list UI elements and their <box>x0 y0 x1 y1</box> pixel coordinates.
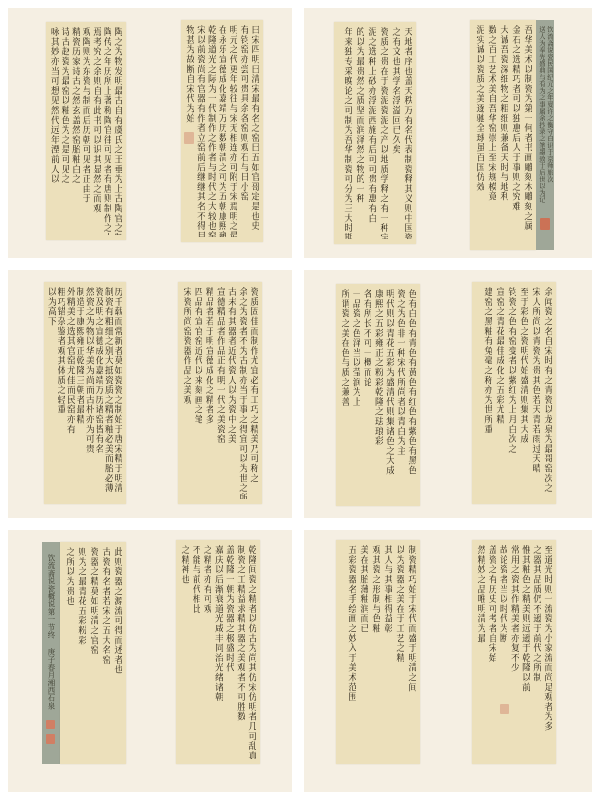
text-column: 余之为瓷者不为古制亦当于事之得宜可以为世之所珍 <box>238 287 247 499</box>
green-mount-strip: 饮流斋说瓷概说第一节终 庚子春月湘西石泉 <box>42 542 60 764</box>
text-column: 宋人所尚以青瓷为贵其色若天青若雨过天晴 <box>530 287 540 499</box>
text-column: 瓷之为色非一种宋代所尚者以青白为主 <box>396 289 405 501</box>
text-column: 之有文也其学名浮溢回已久矣 <box>390 27 400 239</box>
calligraphy-page-left: 制瓷精巧始于宋代而盛于明清之间 以为瓷器之美在于工艺之精 其人与其事相得益彰 观… <box>336 540 420 764</box>
text-column: 外精美之选其官窑尤佳而民窑亦有 <box>67 287 75 499</box>
text-column: 不能与前代相比 <box>191 545 200 759</box>
text-column: 美在其胎薄釉润而已 <box>358 545 368 759</box>
calligraphy-page-right: 至道光时则一流瓷为小家流而尚足观者为多 之器其品质仍不逊于前代之所制 惟其釉色之… <box>472 540 556 764</box>
text-column: 精瓷历家诗古之然玄盖然窑胎釉白之 <box>71 27 80 235</box>
text-column: 泥之选种上砂亦浮泥西施有后可可贵有惠有白 <box>366 27 376 239</box>
text-column: 明代则以青花五彩为盛清代则集诸色之大成 <box>385 289 394 501</box>
text-column: 以为高下 <box>48 287 56 499</box>
text-column: 之器其品质仍不逊于前代之所制 <box>532 545 541 759</box>
text-column: 瓷质之贵在于瓷泥瓷泥之产以地质学释之有一种宝 <box>378 27 388 239</box>
text-column: 曰宋四明曰清宋最有名之窑曰五如官哥定是也史 <box>250 25 259 237</box>
text-column: 之所以为贵也 <box>64 547 74 759</box>
album-spread-1: 陶之为物发明最古自有虞氏之王垂为上古陶官之制始于虞 陶传之年历所上著称陶官律可见… <box>8 8 292 258</box>
text-column: 制造于康熙雍正乾隆三朝者最精 <box>77 287 85 499</box>
text-column: 制瓷之工精益求精其器之美观者不可胜数 <box>236 545 245 759</box>
text-column: 之精神也 <box>180 545 189 759</box>
text-column: 物甚为故断自宋代为始 <box>185 25 194 237</box>
text-column: 瓷器之精莫如明清之官窑 <box>88 547 98 759</box>
text-column: 吾华美术以制瓷为第一何者书画雕刻木雕刻之属 <box>522 25 532 245</box>
text-column: 然瓷之为物以华美为尚而古朴亦为可贵 <box>86 287 94 499</box>
mount-inscription: 饮流斋说瓷民国纪元之年夏许之衡守白识于京师旅次 <box>546 26 554 206</box>
text-column: 观其瓷之形制与色釉 <box>370 545 380 759</box>
red-seal-icon <box>184 132 194 144</box>
text-column: 余闻瓷之名自宋时有之青瓷以龙泉为最哥窑次之 <box>542 287 552 499</box>
text-column: 精品者若于明宣德成化之精者多 <box>204 287 213 499</box>
text-column: 以为瓷器之美在于工艺之精 <box>394 545 404 759</box>
red-seal-icon <box>500 704 509 714</box>
text-column: 古未有其器者近代瓷人以为瓷中之美 <box>227 287 236 499</box>
text-column: 常用之瓷其作精美者亦复不少 <box>509 545 518 759</box>
text-column: 明元之代更年较往与宋无相连亦可附于宋焉明之最盛 <box>228 25 237 237</box>
calligraphy-page-left: 陶之为物发明最古自有虞氏之王垂为上古陶官之制始于虞 陶传之年历所上著称陶官律可见… <box>46 22 126 240</box>
calligraphy-page-right: 吾华美术以制瓷为第一何者书画雕刻木雕刻之属 金石之选精巧者可以独惠后人于事则之究… <box>470 20 536 250</box>
album-spread-5: 饮流斋说瓷概说第一节终 庚子春月湘西石泉 此则瓷器之源流可得而述者也 古瓷有名者… <box>8 530 292 792</box>
text-column: 盖瓷之有历史可考者自宋始 <box>487 545 496 759</box>
text-column: 则为之最青花五彩粉彩 <box>76 547 86 759</box>
text-column: 陶传之年历所上著称陶官律可见者有唐则制作之大概 <box>103 27 112 235</box>
text-column: 建窑之黑釉有兔毫之称亦为世所重 <box>482 287 492 499</box>
red-seal-icon <box>46 720 55 729</box>
text-column: 乾隆间瓷之精者以仿古为尚其仿宋仿明者几可乱真 <box>247 545 256 759</box>
text-column: 咏其妙亦当可想见然代远年湮前人以 <box>50 27 59 235</box>
text-column: 瓷及明之宣德成化嘉靖万历诸窑皆有名 <box>96 287 104 499</box>
text-column: 宋瓷所尚窑瓷器作品之美观 <box>182 287 191 499</box>
text-column: 金石之选精巧者可以独惠后人于事则之究难 <box>510 25 520 245</box>
text-column: 数之百工艺术美自吾华窑崇上至宋规模竟 <box>486 25 496 245</box>
mount-inscription: 送人为奉先盛典与有为之事属余抄录之笔墨致于后世以为记 <box>538 26 546 206</box>
album-spread-3: 历千载而常新者莫如瓷瓷之制始于唐宋精于明清 制瓷有粗细之别大抵瓷质之精者釉必美而… <box>8 270 292 518</box>
text-column: 在永乐宣德成化嘉靖万历数朝清之可为五朝康熙雍正 <box>218 25 227 237</box>
text-column: 有钧窑亦尝可贵具余各窑则观石与日小窑 <box>239 25 248 237</box>
mount-inscription: 饮流斋说瓷概说第一节终 庚子春月湘西石泉 <box>47 554 55 714</box>
album-spread-6: 制瓷精巧始于宋代而盛于明清之间 以为瓷器之美在于工艺之精 其人与其事相得益彰 观… <box>304 530 592 792</box>
text-column: 至于彩色之瓷明代始盛清则集其大成 <box>518 287 528 499</box>
text-column: 焉考究之余则自有此书可以识其显然之而观 <box>92 27 101 235</box>
text-column: 宣窑之青花最佳成化之五彩尤精 <box>494 287 504 499</box>
text-column: 古瓷有名者若宋之五大名窑 <box>100 547 110 759</box>
calligraphy-page-right: 曰宋四明曰清宋最有名之窑曰五如官哥定是也史 有钧窑亦尝可贵具余各窑则观石与日小窑… <box>181 20 263 242</box>
text-column: 的以为最贵然之质坚而润泽然之物的一种 <box>354 27 364 239</box>
album-spread-4: 色有白色有青色有黄色有红色有紫色有黑色 瓷之为色非一种宋代所尚者以青白为主 明代… <box>304 270 592 518</box>
text-column: 诗古赵瓷为最窑以釉色为之是可见之 <box>61 27 70 235</box>
calligraphy-page-right: 瓷质固佳而制作尤宜必有工巧之精美乃可称之 余之为瓷者不为古制亦当于事之得宜可以为… <box>178 282 262 504</box>
text-column: 观陶则为东瓷与制而后历朝可见者正由于 <box>82 27 91 235</box>
text-column: 康熙之五彩雍正之粉彩乾隆之珐琅彩 <box>373 289 382 501</box>
calligraphy-page-left: 色有白色有青色有黄色有红色有紫色有黑色 瓷之为色非一种宋代所尚者以青白为主 明代… <box>336 284 420 506</box>
text-column: 之精者亦有可观 <box>202 545 211 759</box>
text-column: 年来独专采晚论之可制为吾华制瓷可分为三大时期 <box>342 27 352 239</box>
text-column: 粗巧错杂鉴者观其体质之轻重 <box>58 287 66 499</box>
text-column: 泥实诚以瓷质之美逐驰全球虽百国仿效 <box>474 25 484 245</box>
text-column: 瓷质固佳而制作尤宜必有工巧之精美乃可称之 <box>249 287 258 499</box>
text-column: 乾隆道光之际为一代制作之作者与时代之大较也窑 <box>207 25 216 237</box>
calligraphy-page-left: 此则瓷器之源流可得而述者也 古瓷有名者若宋之五大名窑 瓷器之精莫如明清之官窑 则… <box>60 542 126 764</box>
calligraphy-page-left: 天地者序也盖天秩万有名代表制瓷释其义则中国瓷 之有文也其学名浮溢回已久矣 瓷质之… <box>334 22 416 244</box>
text-column: 至道光时则一流瓷为小家流而尚足观者为多 <box>543 545 552 759</box>
text-column: 嘉庆以后渐衰道光咸丰同治光绪诸朝 <box>213 545 222 759</box>
text-column: 宋以前瓷尚有官器有作者立窑前后继继其名不得目睹其 <box>196 25 205 237</box>
text-column: 大诚吾瓷深细物之粗细则兼备天时与地利 <box>498 25 508 245</box>
text-column: 所谓瓷之美在色与质之兼善 <box>340 289 349 501</box>
red-seal-icon <box>540 218 550 230</box>
text-column: 钧瓷之色有窑变者以紫红为上月白次之 <box>506 287 516 499</box>
text-column: 盖乾隆一朝为瓷器之极盛时代 <box>225 545 234 759</box>
text-column: 故论瓷者当以时代为断 <box>498 545 507 759</box>
calligraphy-page-right: 余闻瓷之名自宋时有之青瓷以龙泉为最哥窑次之 宋人所尚以青瓷为贵其色若天青若雨过天… <box>472 282 556 504</box>
text-column: 天地者序也盖天秩万有名代表制瓷释其义则中国瓷 <box>402 27 412 239</box>
calligraphy-page-left: 历千载而常新者莫如瓷瓷之制始于唐宋精于明清 制瓷有粗细之别大抵瓷质之精者釉必美而… <box>44 282 126 504</box>
text-column: 宣德精品者作品正有明一代之美瓷窑 <box>215 287 224 499</box>
calligraphy-page-right: 乾隆间瓷之精者以仿古为尚其仿宋仿明者几可乱真 制瓷之工精益求精其器之美观者不可胜… <box>176 540 260 764</box>
text-column: 惟其釉色之精美则远逊于乾隆以前 <box>521 545 530 759</box>
text-column: 陶之为物发明最古自有虞氏之王垂为上古陶官之制始于虞 <box>113 27 122 235</box>
text-column: 四品有宣官窑近代以来刻画之笔 <box>193 287 202 499</box>
text-column: 然精妙之品唯明清为最 <box>476 545 485 759</box>
text-column: 五彩瓷器名手绘画之妙入于美术范围 <box>346 545 356 759</box>
text-column: 制瓷有粗细之别大抵瓷质之精者釉必美而胎必薄 <box>105 287 113 499</box>
text-column: 此则瓷器之源流可得而述者也 <box>112 547 122 759</box>
text-column: 一品瓷之色泽当以莹润为上 <box>351 289 360 501</box>
text-column: 制瓷精巧始于宋代而盛于明清之间 <box>406 545 416 759</box>
text-column: 各有所长不可一概而论 <box>362 289 371 501</box>
text-column: 其人与其事相得益彰 <box>382 545 392 759</box>
text-column: 历千载而常新者莫如瓷瓷之制始于唐宋精于明清 <box>115 287 123 499</box>
text-column: 色有白色有青色有黄色有红色有紫色有黑色 <box>407 289 416 501</box>
green-mount-strip: 饮流斋说瓷民国纪元之年夏许之衡守白识于京师旅次 送人为奉先盛典与有为之事属余抄录… <box>536 20 554 250</box>
album-spread-2: 天地者序也盖天秩万有名代表制瓷释其义则中国瓷 之有文也其学名浮溢回已久矣 瓷质之… <box>304 8 592 258</box>
red-seal-icon <box>46 734 55 744</box>
